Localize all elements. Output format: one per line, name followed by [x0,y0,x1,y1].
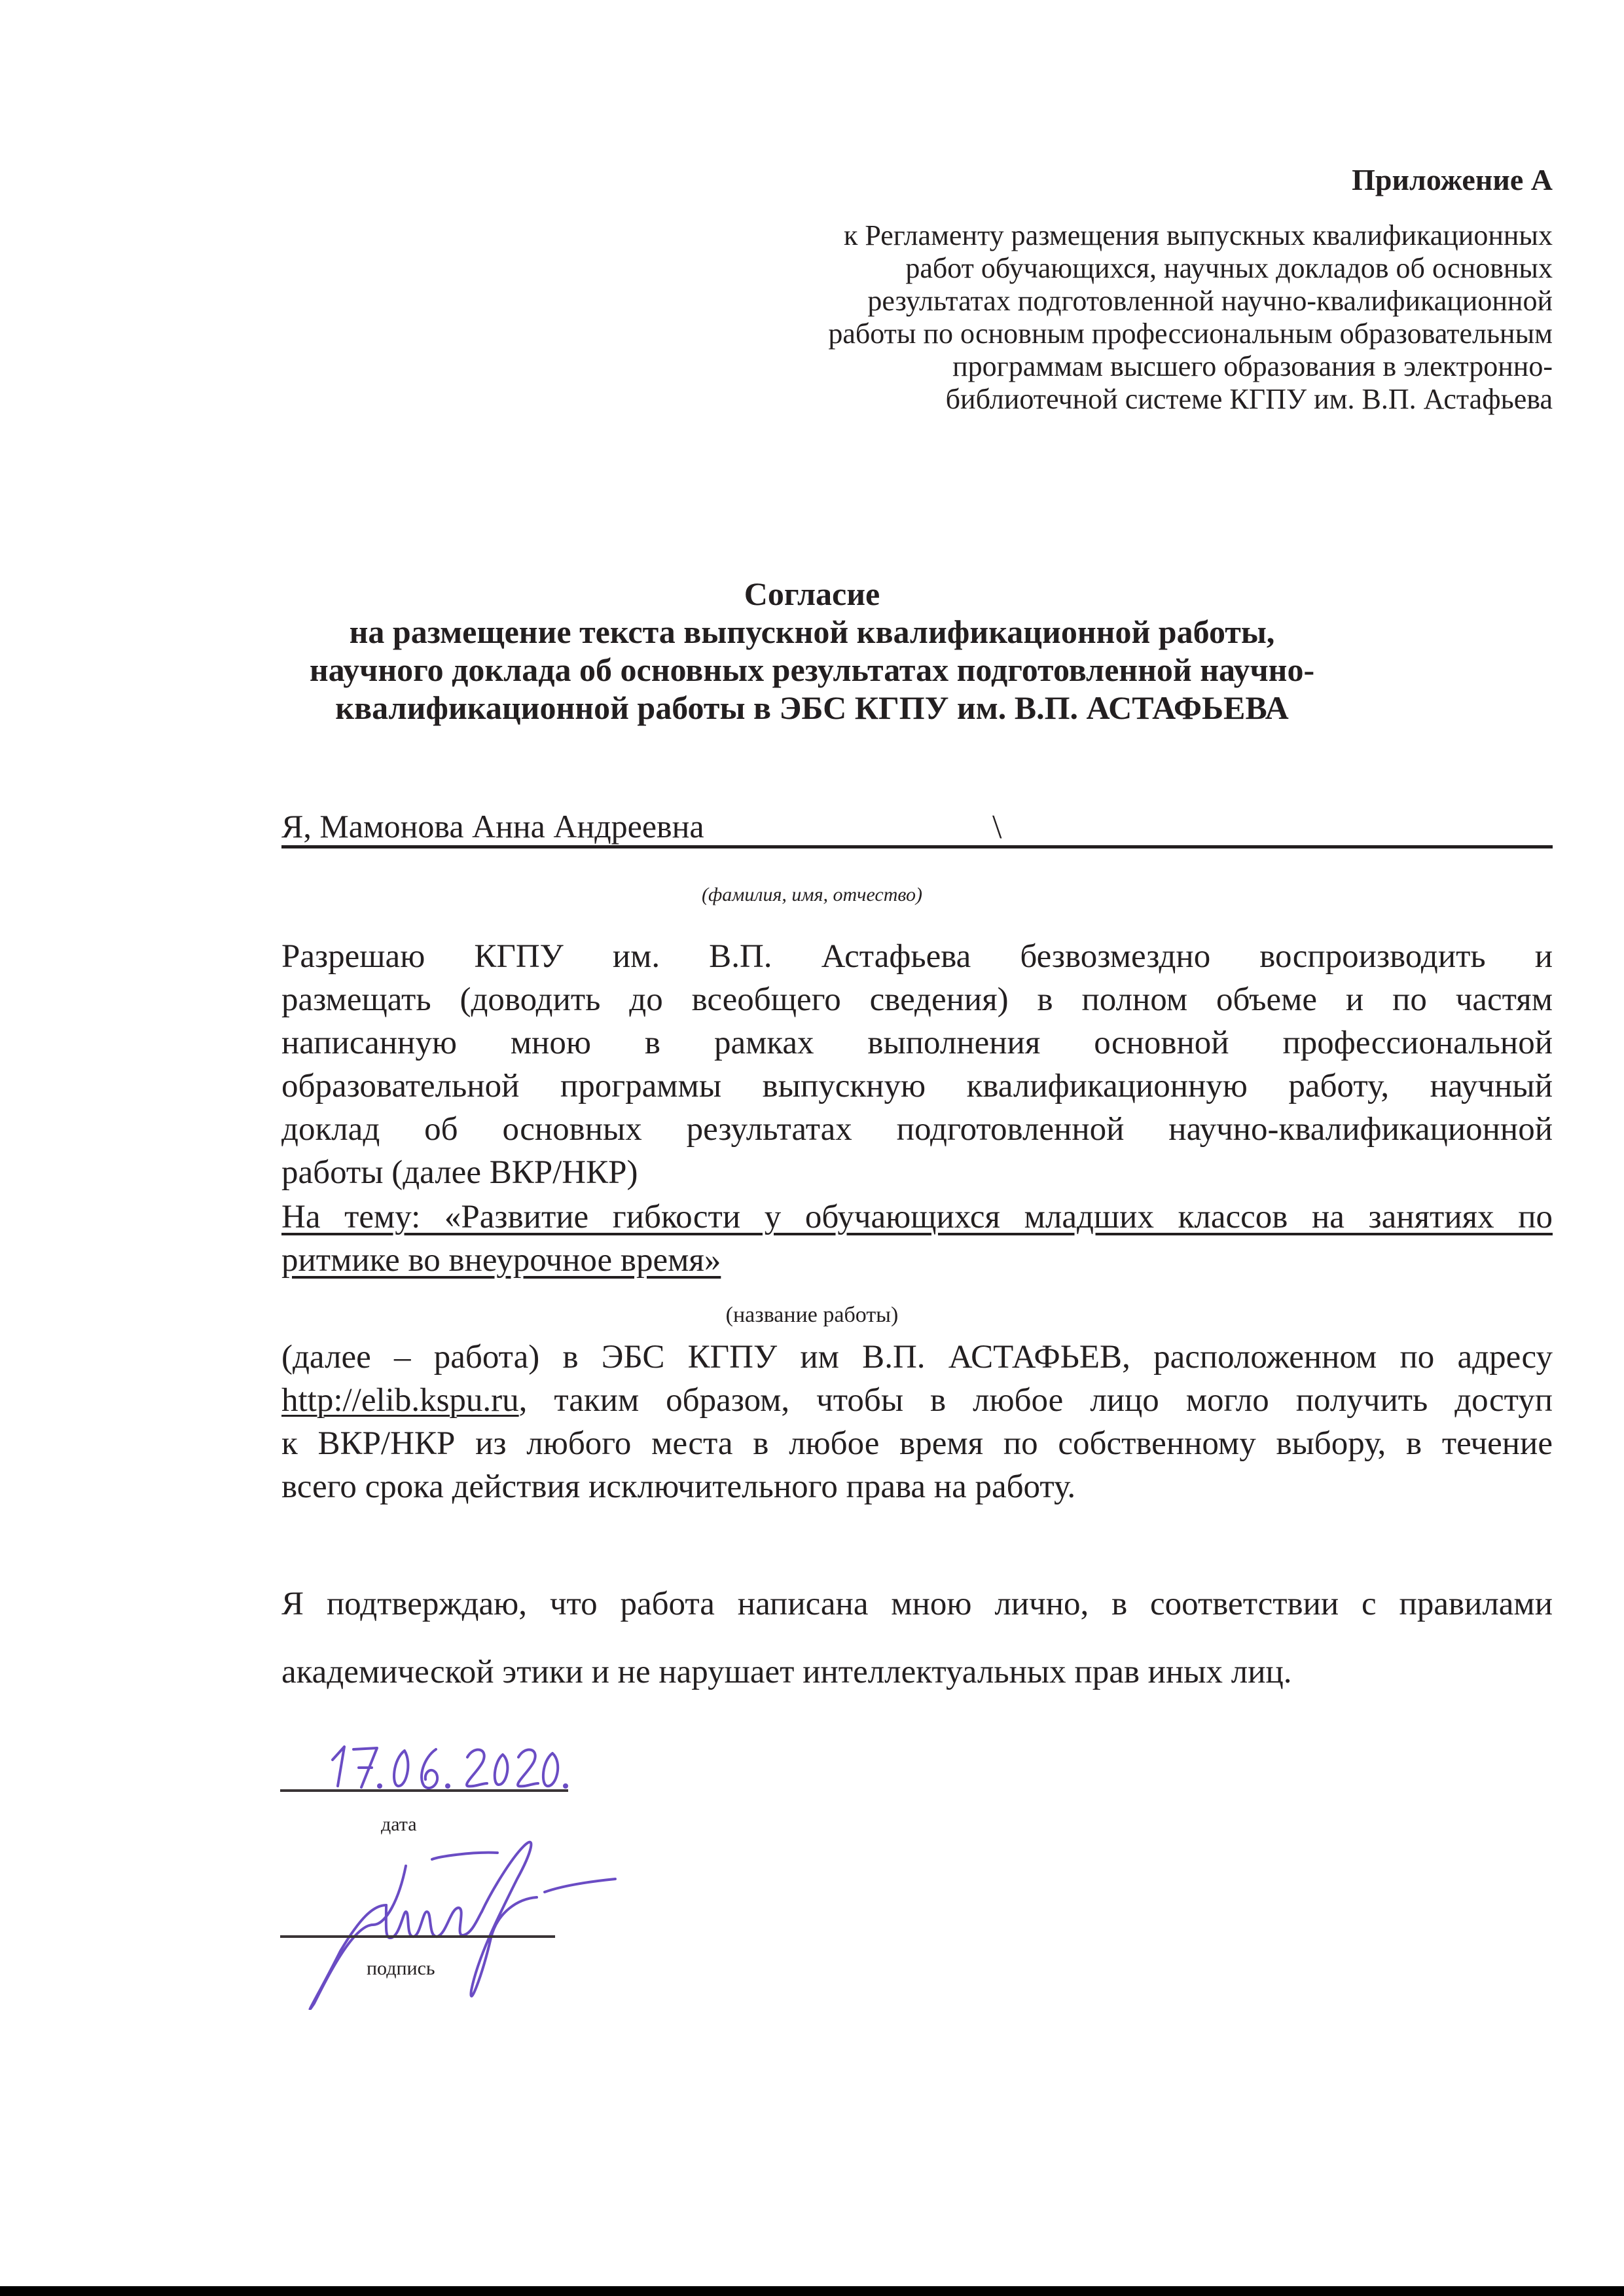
regulation-line: программам высшего образования в электро… [702,350,1553,383]
paragraph-line: http://elib.kspu.ru, таким образом, чтоб… [281,1379,1553,1422]
signature-caption: подпись [367,1958,435,1980]
paragraph-line: работы (далее ВКР/НКР) [281,1151,1553,1194]
applicant-name-field: Я, Мамонова Анна Андреевна \ [281,807,1553,847]
regulation-line: работ обучающихся, научных докладов об о… [702,252,1553,285]
regulation-line: к Регламенту размещения выпускных квалиф… [702,219,1553,252]
topic-line: На тему: «Развитие гибкости у обучающихс… [281,1195,1553,1239]
paragraph-line: всего срока действия исключительного пра… [281,1465,1553,1508]
regulation-line: работы по основным профессиональным обра… [702,318,1553,350]
regulation-line: библиотечной системе КГПУ им. В.П. Астаф… [702,383,1553,416]
paragraph-line: Я подтверждаю, что работа написана мною … [281,1570,1553,1638]
work-topic: На тему: «Развитие гибкости у обучающихс… [281,1195,1553,1282]
title-line: на размещение текста выпускной квалифика… [0,613,1624,651]
paragraph-line: к ВКР/НКР из любого места в любое время … [281,1422,1553,1465]
permission-paragraph: Разрешаю КГПУ им. В.П. Астафьева безвозм… [281,935,1553,1194]
consent-document-page: Приложение А к Регламенту размещения вып… [0,0,1624,2296]
signature-field [275,1827,628,2010]
paragraph-line: Разрешаю КГПУ им. В.П. Астафьева безвозм… [281,935,1553,978]
confirmation-paragraph: Я подтверждаю, что работа написана мною … [281,1570,1553,1706]
paragraph-line: образовательной программы выпускную квал… [281,1065,1553,1108]
paragraph-line: размещать (доводить до всеобщего сведени… [281,978,1553,1021]
document-title: Согласие на размещение текста выпускной … [0,575,1624,727]
regulation-line: результатах подготовленной научно-квалиф… [702,285,1553,318]
appendix-title: Приложение А [1352,162,1553,197]
regulation-reference: к Регламенту размещения выпускных квалиф… [702,219,1553,416]
topic-line: ритмике во внеурочное время» [281,1239,721,1282]
url-line-text: , таким образом, чтобы в любое лицо могл… [519,1382,1553,1419]
applicant-name: Я, Мамонова Анна Андреевна [281,807,704,846]
signature-underline [280,1935,555,1938]
paragraph-line: (далее – работа) в ЭБС КГПУ им В.П. АСТА… [281,1336,1553,1379]
date-field [280,1734,568,1799]
paragraph-line: написанную мною в рамках выполнения осно… [281,1021,1553,1065]
handwritten-signature-icon [275,1827,628,2010]
fio-caption: (фамилия, имя, отчество) [0,884,1624,906]
scan-edge-bar [0,2286,1624,2296]
work-title-caption: (название работы) [0,1303,1624,1328]
elib-url-link[interactable]: http://elib.kspu.ru [281,1382,519,1419]
handwritten-date-icon [319,1734,568,1793]
paragraph-line: доклад об основных результатах подготовл… [281,1108,1553,1151]
slash-mark: \ [992,809,1001,846]
date-underline [280,1789,568,1792]
title-line: научного доклада об основных результатах… [0,651,1624,689]
paragraph-line: академической этики и не нарушает интелл… [281,1638,1553,1706]
name-underline [281,845,1553,848]
title-line: квалификационной работы в ЭБС КГПУ им. В… [0,689,1624,727]
title-line: Согласие [0,575,1624,613]
access-paragraph: (далее – работа) в ЭБС КГПУ им В.П. АСТА… [281,1336,1553,1508]
